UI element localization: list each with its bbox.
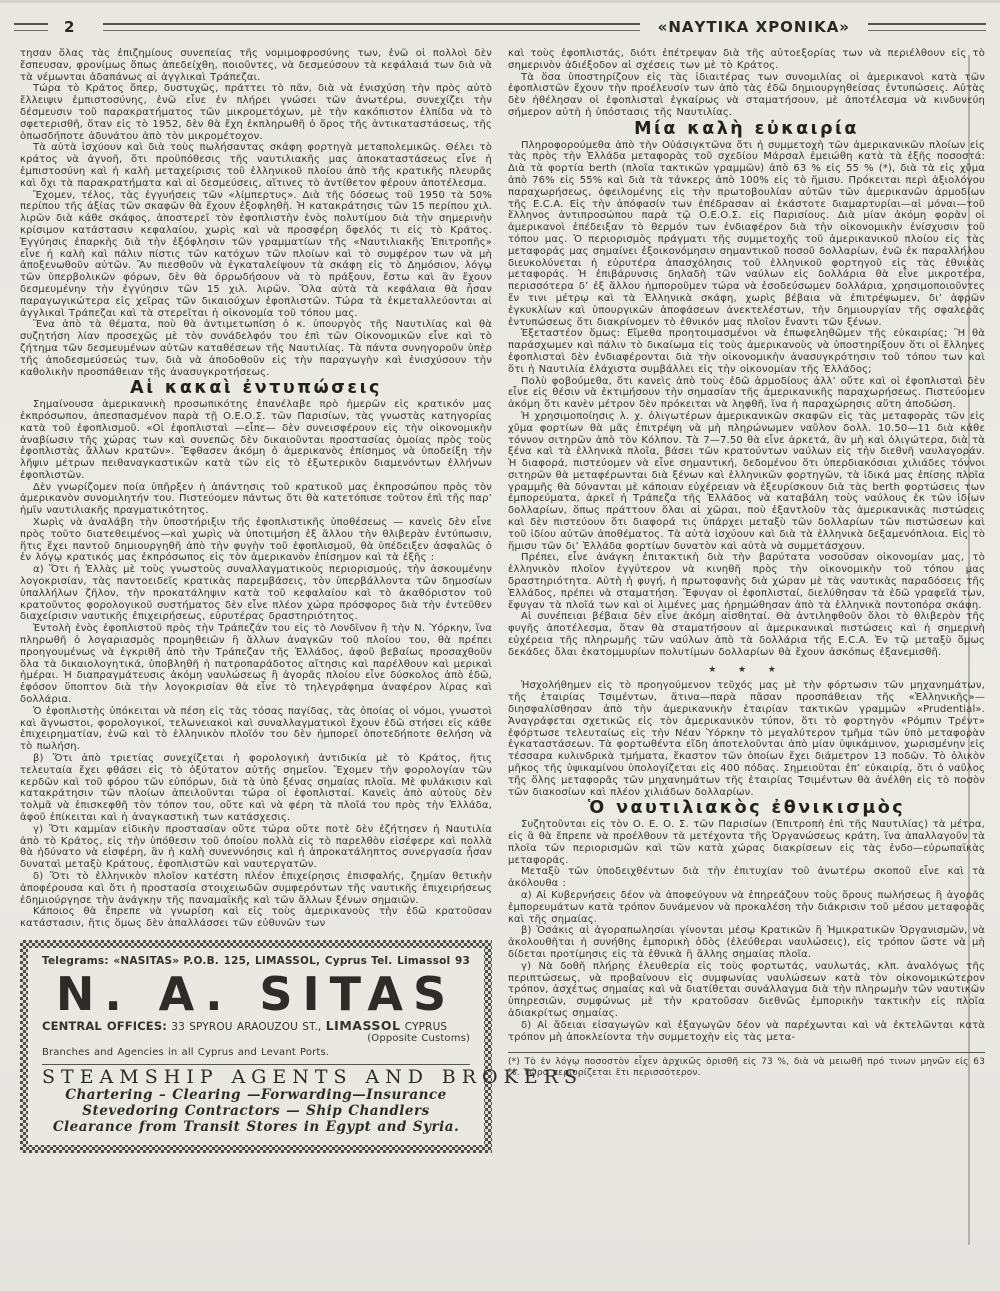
article-paragraph: Ἕνα ἀπὸ τὰ θέματα, ποὺ θὰ ἀντιμετωπίση ὁ… <box>20 319 492 378</box>
article-paragraph: γ) Ὅτι καμμίαν εἰδικὴν προστασίαν οὔτε τ… <box>20 824 492 871</box>
ad-divider-rule <box>42 1064 470 1065</box>
section-heading: Μία καλὴ εὐκαιρία <box>508 124 985 136</box>
footnote: (*) Τὸ ἐν λόγῳ ποσοστὸν εἶχεν ἀρχικῶς ὁρ… <box>508 1052 985 1079</box>
ad-services-list: Chartering – Clearing —Forwarding—Insura… <box>42 1087 470 1135</box>
header-rule-right <box>868 23 986 31</box>
article-paragraph: Ἔχομεν, τέλος, τὰς ἐγγυήσεις τῶν «λίμπερ… <box>20 190 492 320</box>
article-paragraph: β) Ὅτι ἀπὸ τριετίας συνεχίζεται ἡ φορολο… <box>20 753 492 824</box>
sitas-advertisement: Telegrams: «NASITAS» P.O.B. 125, LIMASSO… <box>20 940 492 1153</box>
ad-pob: P.O.B. 125, LIMASSOL, Cyprus <box>183 956 367 968</box>
article-paragraph: Δὲν γνωρίζομεν ποία ὑπῆρξεν ἡ ἀπάντησις … <box>20 482 492 517</box>
article-paragraph: Ἠσχολήθημεν εἰς τὸ προηγούμενον τεῦχός μ… <box>508 680 985 798</box>
article-paragraph: Μεταξὺ τῶν ὑποδειχθέντων διὰ τὴν ἐπιτυχί… <box>508 866 985 890</box>
ad-service-line: Stevedoring Contractors — Ship Chandlers <box>42 1103 470 1119</box>
masthead-title: «ΝΑΥΤΙΚΑ ΧΡΟΝΙΚΑ» <box>650 18 858 36</box>
article-paragraph: δ) Αἱ ἄδειαι εἰσαγωγῶν καὶ ἐξαγωγῶν δέον… <box>508 1020 985 1044</box>
ad-telegrams: Telegrams: «NASITAS» <box>42 956 179 968</box>
ad-branches-line: Branches and Agencies in all Cyprus and … <box>42 1047 470 1059</box>
section-heading: Αἱ κακαὶ ἐντυπώσεις <box>20 383 492 395</box>
article-paragraph: α) Αἱ Κυβερνήσεις δέον νὰ ἀποφεύγουν νὰ … <box>508 890 985 925</box>
article-paragraph: β) Ὁσάκις αἱ ἀγοραπωλησίαι γίνονται μέσῳ… <box>508 925 985 960</box>
ad-offices-country: CYPRUS <box>405 1021 447 1033</box>
ad-contact-row: Telegrams: «NASITAS» P.O.B. 125, LIMASSO… <box>42 956 470 968</box>
article-paragraph: Χωρὶς νὰ ἀναλάβη τὴν ὑποστήριξιν τῆς ἐφο… <box>20 517 492 564</box>
magazine-page: 2 «ΝΑΥΤΙΚΑ ΧΡΟΝΙΚΑ» τησαν ὅλας τὰς ἐπιζη… <box>0 0 1000 1291</box>
ad-service-line: Clearance from Transit Stores in Egypt a… <box>42 1119 470 1135</box>
stars-separator: ★ ★ ★ <box>508 665 985 677</box>
ad-company-name: N. A. SITAS <box>42 970 470 1018</box>
header-rule-left <box>14 23 48 31</box>
article-paragraph: δ) Ὅτι τὸ ἑλληνικὸν πλοῖον κατέστη πλέον… <box>20 871 492 906</box>
article-paragraph: Ἐντολὴ ἑνὸς ἐφοπλιστοῦ πρὸς τὴν Τράπεζάν… <box>20 623 492 706</box>
article-paragraph: τησαν ὅλας τὰς ἐπιζημίους συνεπείας τῆς … <box>20 48 492 83</box>
ad-offices-line: CENTRAL OFFICES: 33 SPYROU ARAOUZOU ST.,… <box>42 1020 470 1034</box>
article-paragraph: Πρέπει, εἶνε ἀνάγκη ἐπιτακτικὴ διὰ τὴν β… <box>508 552 985 611</box>
ad-offices-address: 33 SPYROU ARAOUZOU ST., <box>171 1021 321 1033</box>
article-paragraph: Αἱ συνέπειαι βέβαια δὲν εἶνε ἀκόμη αἰσθη… <box>508 611 985 658</box>
article-paragraph: Ἐξεταστέον ὅμως: Εἴμεθα προητοιμασμένοι … <box>508 328 985 375</box>
sitas-ad-content: Telegrams: «NASITAS» P.O.B. 125, LIMASSO… <box>28 948 484 1145</box>
ad-offices-label: CENTRAL OFFICES: <box>42 1019 167 1033</box>
article-column-right: καὶ τοὺς ἐφοπλιστάς, διότι ἐπέτρεψαν διὰ… <box>508 48 985 1079</box>
article-paragraph: Τὰ αὐτὰ ἰσχύουν καὶ διὰ τοὺς πωλήσαντας … <box>20 142 492 189</box>
page-edge-top-shadow <box>0 0 1000 3</box>
article-paragraph: Κάποιος θὰ ἔπρεπε νὰ γνωρίση καὶ εἰς τοὺ… <box>20 906 492 930</box>
ad-service-line: Chartering – Clearing —Forwarding—Insura… <box>42 1087 470 1103</box>
article-paragraph: Πολὺ φοβούμεθα, ὅτι κανεὶς ἀπὸ τοὺς ἐδῶ … <box>508 376 985 411</box>
ad-offices-note: (Opposite Customs) <box>42 1033 470 1045</box>
article-paragraph: α) Ὅτι ἡ Ἑλλὰς μὲ τοὺς γνωστοὺς συναλλαγ… <box>20 564 492 623</box>
ad-trade-heading: STEAMSHIP AGENTS AND BROKERS <box>42 1072 470 1084</box>
article-paragraph: Τώρα τὸ Κράτος ὅπερ, δυστυχῶς, πράττει τ… <box>20 83 492 142</box>
article-paragraph: Τὰ ὅσα ὑποστηρίζουν εἰς τὰς ἰδιαιτέρας τ… <box>508 72 985 119</box>
page-number: 2 <box>58 18 93 36</box>
ad-offices-city: LIMASSOL <box>326 1018 401 1033</box>
article-paragraph: Ὁ ἐφοπλιστὴς ὑπόκειται νὰ πέση εἰς τὰς τ… <box>20 706 492 753</box>
article-paragraph: Σημαίνουσα ἀμερικανικὴ προσωπικότης ἐπαν… <box>20 399 492 482</box>
article-paragraph: Συζητοῦνται εἰς τὸν Ο. Ε. Ο. Σ. τῶν Παρι… <box>508 819 985 866</box>
section-heading: Ὁ ναυτιλιακὸς ἐθνικισμὸς <box>508 803 985 815</box>
article-paragraph: γ) Νὰ δοθῆ πλήρης ἐλευθερία εἰς τοὺς φορ… <box>508 961 985 1020</box>
article-paragraph: Πληροφορούμεθα ἀπὸ τὴν Οὐάσιγκτῶνα ὅτι ἡ… <box>508 140 985 329</box>
header-rule-center <box>103 23 639 31</box>
article-paragraph: Ἡ χρησιμοποίησις λ. χ. ὀλιγωτέρων ἀμερικ… <box>508 411 985 553</box>
ad-telephone: Tel. Limassol 93 <box>371 956 470 968</box>
page-header: 2 «ΝΑΥΤΙΚΑ ΧΡΟΝΙΚΑ» <box>14 18 986 36</box>
article-paragraph: καὶ τοὺς ἐφοπλιστάς, διότι ἐπέτρεψαν διὰ… <box>508 48 985 72</box>
article-column-left: τησαν ὅλας τὰς ἐπιζημίους συνεπείας τῆς … <box>20 48 492 1153</box>
